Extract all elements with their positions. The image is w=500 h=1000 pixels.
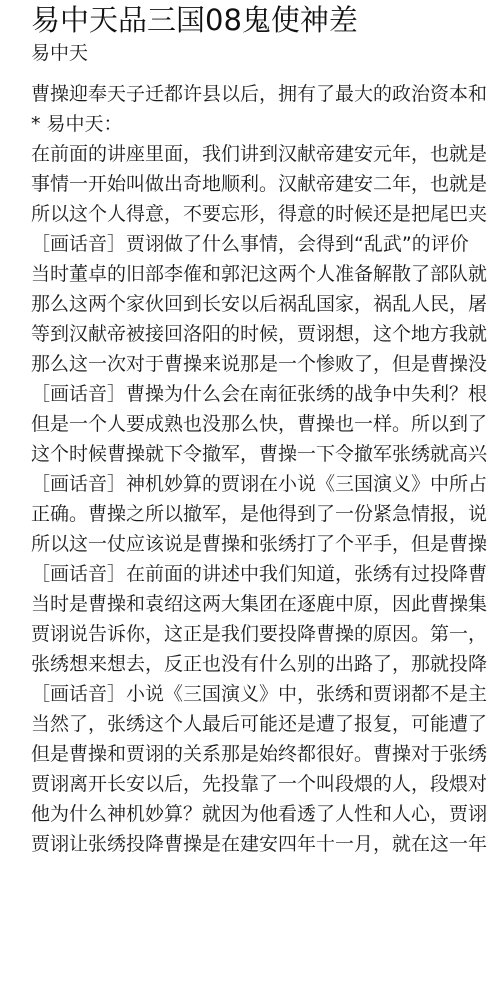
document-page: 易中天品三国08鬼使神差 易中天 曹操迎奉天子迁都许县以后，拥有了最大的政治资本… xyxy=(31,0,500,1000)
paragraph-line: 当时董卓的旧部李傕和郭汜这两个人准备解散了部队就 xyxy=(31,259,500,289)
paragraph-line: ［画话音］在前面的讲述中我们知道，张绣有过投降曹 xyxy=(31,559,500,589)
paragraph-line: 正确。曹操之所以撤军，是他得到了一份紧急情报，说 xyxy=(31,499,500,529)
paragraph-line: 所以这一仗应该说是曹操和张绣打了个平手，但是曹操 xyxy=(31,529,500,559)
paragraph-line: 贾诩说告诉你，这正是我们要投降曹操的原因。第一， xyxy=(31,619,500,649)
document-author: 易中天 xyxy=(31,40,88,66)
paragraph-line: ［画话音］贾诩做了什么事情，会得到“乱武”的评价 xyxy=(31,229,500,259)
paragraph-line: 当时是曹操和袁绍这两大集团在逐鹿中原，因此曹操集 xyxy=(31,589,500,619)
paragraph-line: * 易中天： xyxy=(31,109,500,139)
paragraph-line: 等到汉献帝被接回洛阳的时候，贾诩想，这个地方我就 xyxy=(31,319,500,349)
document-body: 曹操迎奉天子迁都许县以后，拥有了最大的政治资本和 * 易中天： 在前面的讲座里面… xyxy=(31,79,500,859)
paragraph-line: 曹操迎奉天子迁都许县以后，拥有了最大的政治资本和 xyxy=(31,79,500,109)
paragraph-line: 贾诩离开长安以后，先投靠了一个叫段煨的人，段煨对 xyxy=(31,769,500,799)
paragraph-line: 那么这两个家伙回到长安以后祸乱国家，祸乱人民，屠 xyxy=(31,289,500,319)
paragraph-line: 但是一个人要成熟也没那么快，曹操也一样。所以到了 xyxy=(31,409,500,439)
paragraph-line: 但是曹操和贾诩的关系那是始终都很好。曹操对于张绣 xyxy=(31,739,500,769)
paragraph-line: 当然了，张绣这个人最后可能还是遭了报复，可能遭了 xyxy=(31,709,500,739)
paragraph-line: 这个时候曹操就下令撤军，曹操一下令撤军张绣就高兴 xyxy=(31,439,500,469)
paragraph-line: 在前面的讲座里面，我们讲到汉献帝建安元年，也就是 xyxy=(31,139,500,169)
document-title: 易中天品三国08鬼使神差 xyxy=(31,2,358,38)
paragraph-line: 所以这个人得意，不要忘形，得意的时候还是把尾巴夹 xyxy=(31,199,500,229)
paragraph-line: ［画话音］小说《三国演义》中，张绣和贾诩都不是主 xyxy=(31,679,500,709)
paragraph-line: 事情一开始叫做出奇地顺利。汉献帝建安二年，也就是 xyxy=(31,169,500,199)
paragraph-line: 张绣想来想去，反正也没有什么别的出路了，那就投降 xyxy=(31,649,500,679)
paragraph-line: 他为什么神机妙算？就因为他看透了人性和人心，贾诩 xyxy=(31,799,500,829)
paragraph-line: 那么这一次对于曹操来说那是一个惨败了，但是曹操没 xyxy=(31,349,500,379)
paragraph-line: ［画话音］曹操为什么会在南征张绣的战争中失利？根 xyxy=(31,379,500,409)
paragraph-line: ［画话音］神机妙算的贾诩在小说《三国演义》中所占 xyxy=(31,469,500,499)
paragraph-line: 贾诩让张绣投降曹操是在建安四年十一月，就在这一年 xyxy=(31,829,500,859)
